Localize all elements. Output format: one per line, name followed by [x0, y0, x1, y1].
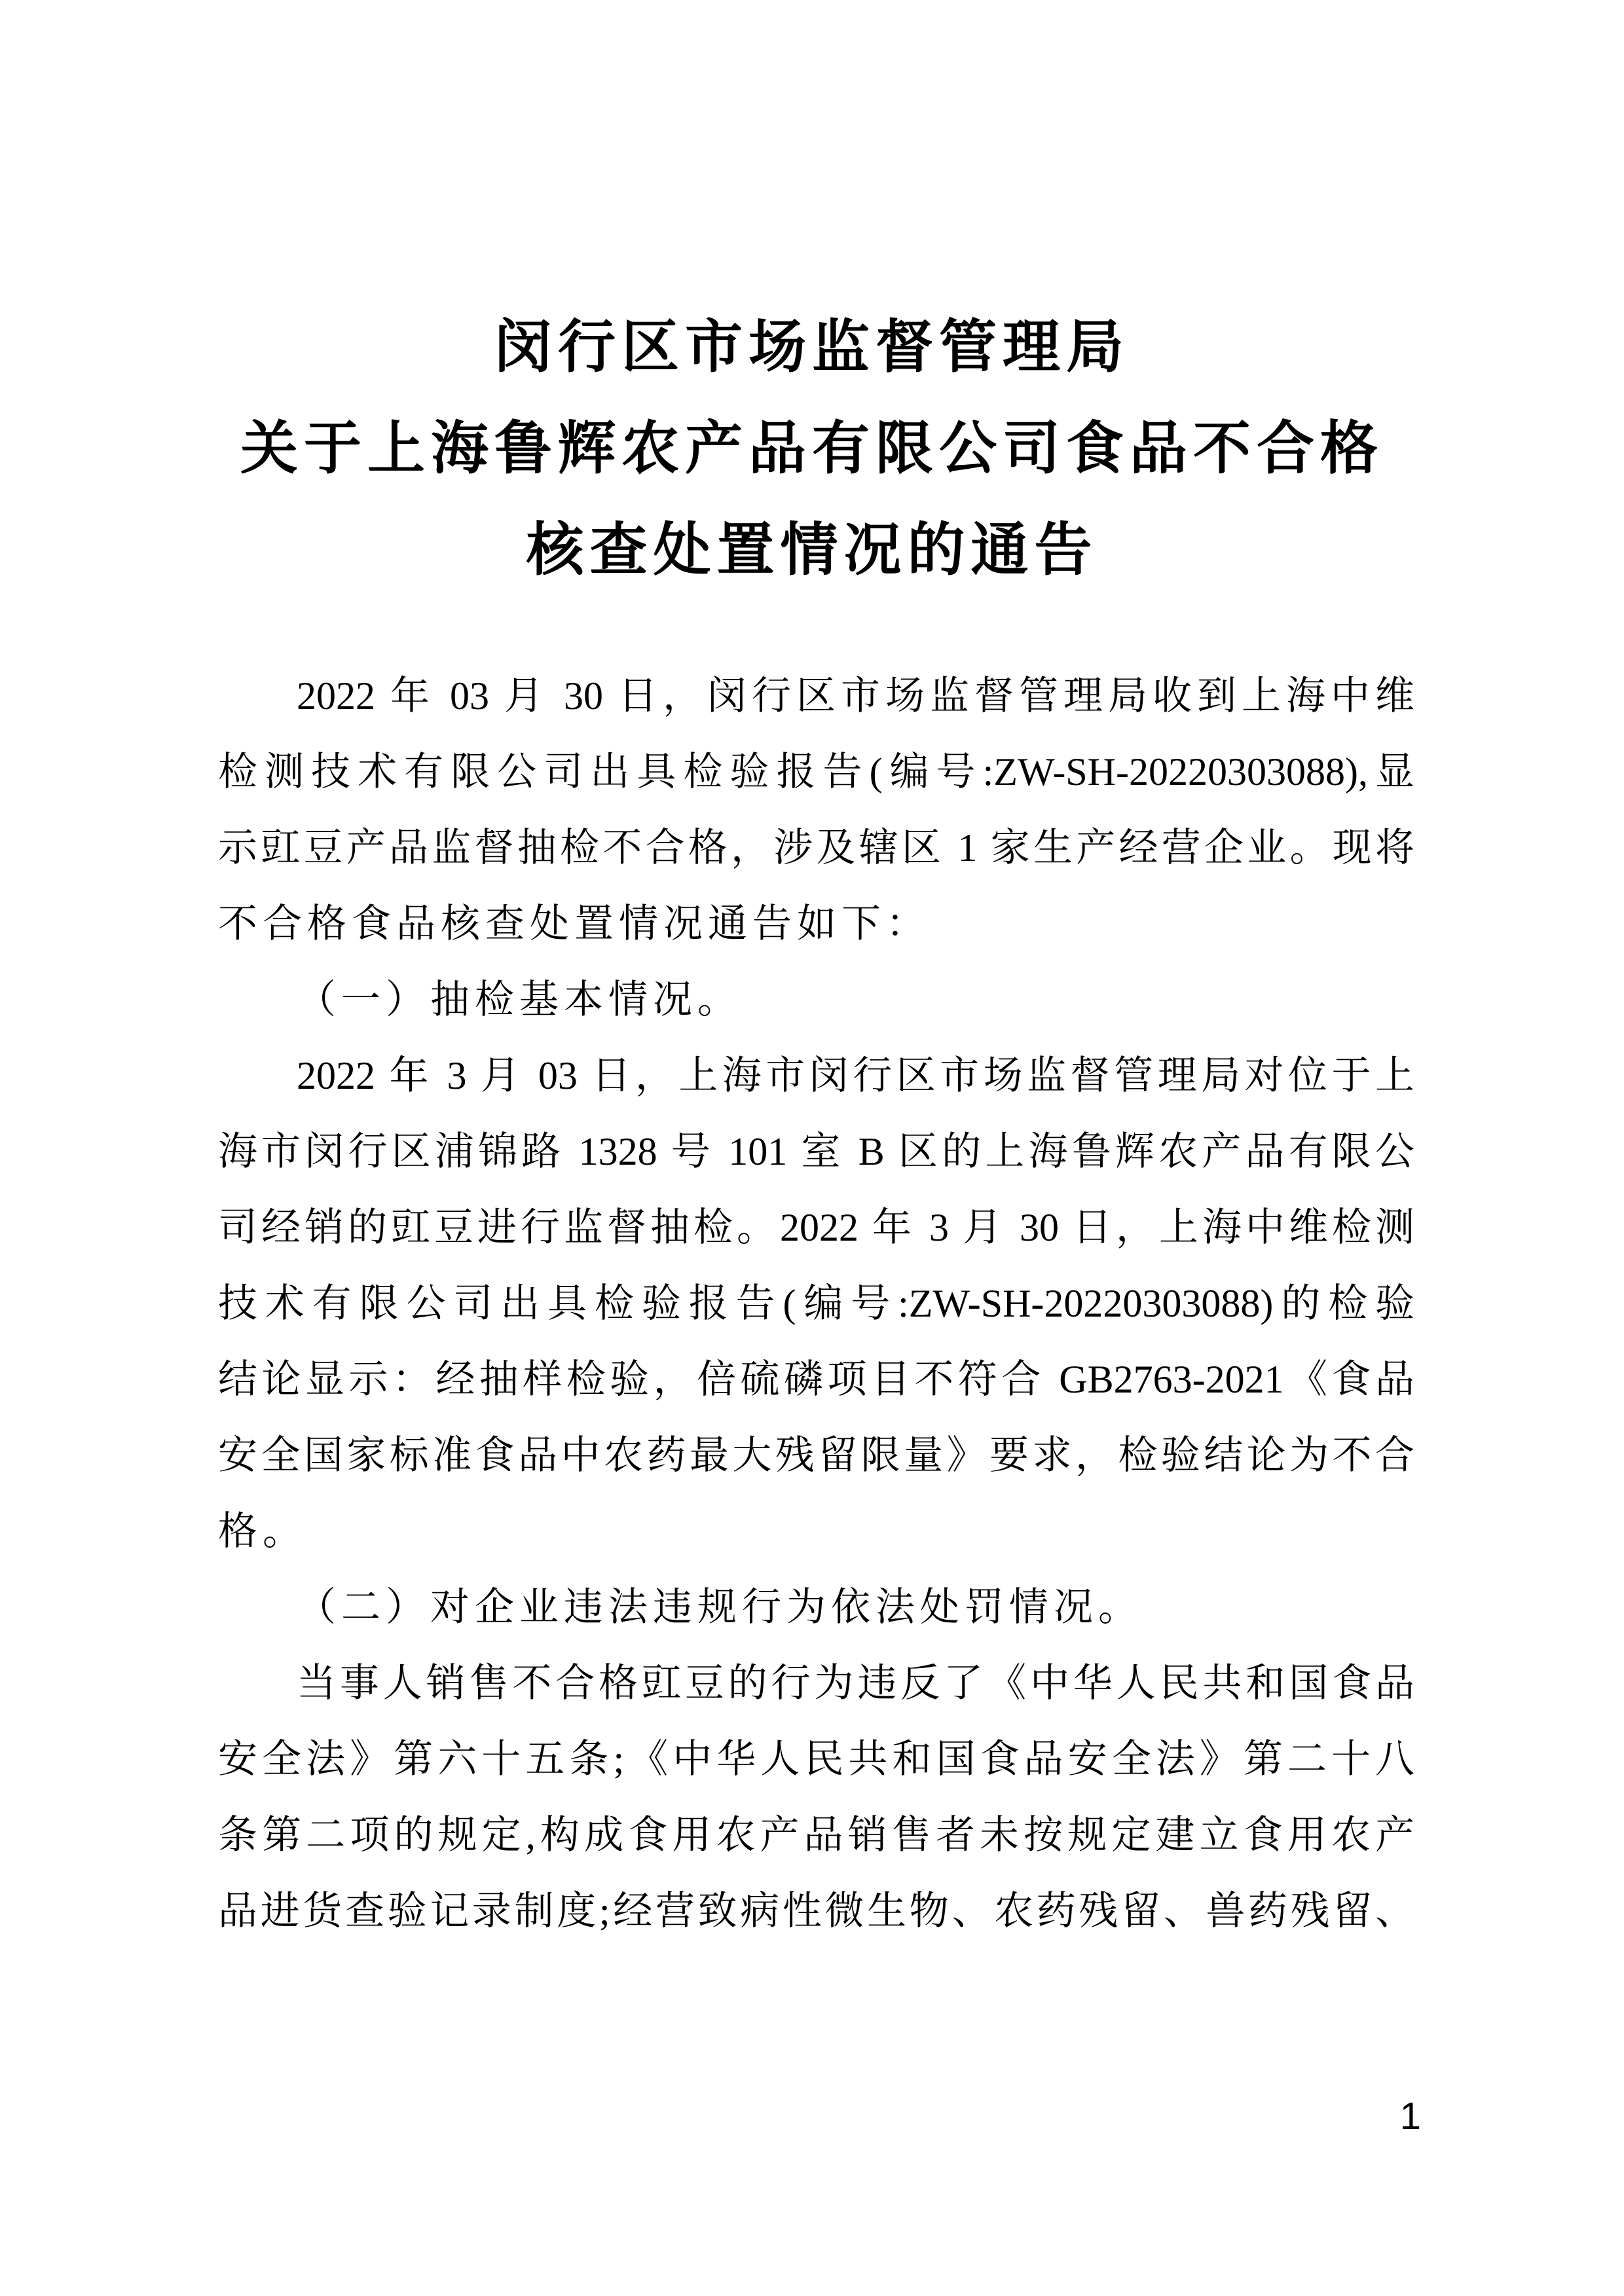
body-line: 安全法》第六十五条;《中华人民共和国食品安全法》第二十八 [218, 1721, 1414, 1797]
body-line: 2022 年 03 月 30 日，闵行区市场监督管理局收到上海中维 [218, 658, 1414, 734]
body-paragraph: 2022 年 3 月 03 日，上海市闵行区市场监督管理局对位于上海市闵行区浦锦… [218, 1038, 1414, 1569]
body-line: 条第二项的规定,构成食用农产品销售者未按规定建立食用农产 [218, 1797, 1414, 1873]
body-line: 结论显示：经抽样检验，倍硫磷项目不符合 GB2763-2021《食品 [218, 1341, 1414, 1417]
page-number: 1 [1400, 2094, 1421, 2140]
body-paragraph: （二）对企业违法违规行为依法处罚情况。 [218, 1569, 1414, 1645]
body-line: 安全国家标准食品中农药最大残留限量》要求，检验结论为不合 [218, 1417, 1414, 1493]
document-title: 闵行区市场监督管理局 关于上海鲁辉农产品有限公司食品不合格 核查处置情况的通告 [0, 296, 1624, 600]
body-line: 2022 年 3 月 03 日，上海市闵行区市场监督管理局对位于上 [218, 1038, 1414, 1114]
body-paragraph: 当事人销售不合格豇豆的行为违反了《中华人民共和国食品安全法》第六十五条;《中华人… [218, 1645, 1414, 1949]
body-line: （二）对企业违法违规行为依法处罚情况。 [218, 1569, 1414, 1645]
body-line: 品进货查验记录制度;经营致病性微生物、农药残留、兽药残留、 [218, 1873, 1414, 1949]
body-paragraph: （一）抽检基本情况。 [218, 962, 1414, 1038]
body-line: 海市闵行区浦锦路 1328 号 101 室 B 区的上海鲁辉农产品有限公 [218, 1114, 1414, 1190]
body-line: 格。 [218, 1493, 1414, 1569]
body-line: 检测技术有限公司出具检验报告(编号:ZW-SH-20220303088),显 [218, 734, 1414, 810]
document-body: 2022 年 03 月 30 日，闵行区市场监督管理局收到上海中维检测技术有限公… [218, 658, 1414, 1949]
title-line-1: 闵行区市场监督管理局 [0, 296, 1624, 397]
title-line-2: 关于上海鲁辉农产品有限公司食品不合格 [0, 397, 1624, 499]
body-line: （一）抽检基本情况。 [218, 962, 1414, 1038]
body-line: 示豇豆产品监督抽检不合格，涉及辖区 1 家生产经营企业。现将 [218, 810, 1414, 886]
body-line: 技术有限公司出具检验报告(编号:ZW-SH-20220303088)的检验 [218, 1266, 1414, 1341]
body-line: 司经销的豇豆进行监督抽检。2022 年 3 月 30 日，上海中维检测 [218, 1190, 1414, 1266]
body-line: 当事人销售不合格豇豆的行为违反了《中华人民共和国食品 [218, 1645, 1414, 1721]
body-line: 不合格食品核查处置情况通告如下： [218, 886, 1414, 962]
document-page: 闵行区市场监督管理局 关于上海鲁辉农产品有限公司食品不合格 核查处置情况的通告 … [0, 0, 1624, 2296]
body-paragraph: 2022 年 03 月 30 日，闵行区市场监督管理局收到上海中维检测技术有限公… [218, 658, 1414, 962]
title-line-3: 核查处置情况的通告 [0, 499, 1624, 600]
